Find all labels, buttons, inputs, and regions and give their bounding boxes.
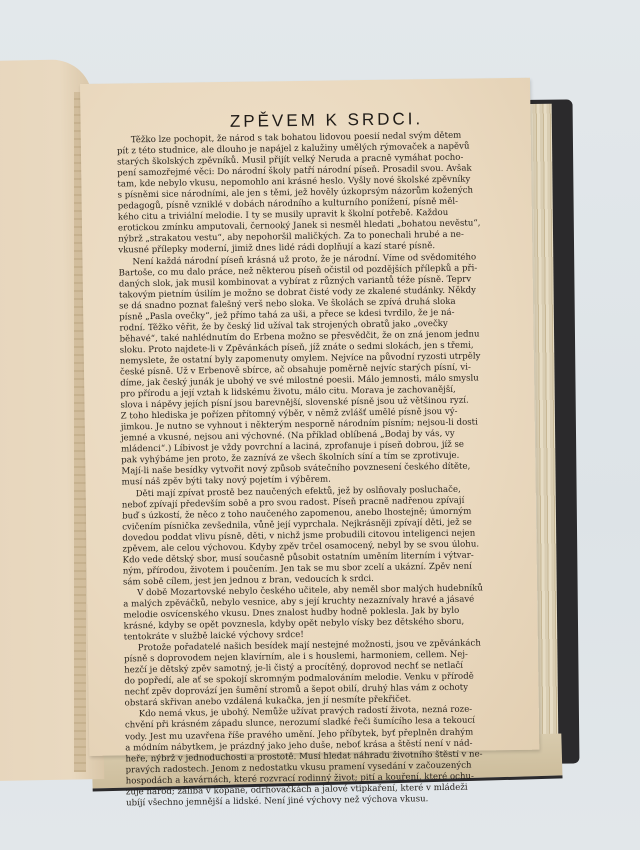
page-title: ZPĚVEM K SRDCI. xyxy=(176,108,476,132)
body-text: Těžko lze pochopit, že národ s tak bohat… xyxy=(117,130,526,809)
paragraph: Není každá národní píseň krásná už proto… xyxy=(118,251,521,489)
paragraph: Kdo nemá vkus, je ubohý. Nemůže užívat p… xyxy=(125,704,526,809)
paragraph: Protože pořadatelé našich besídek mají n… xyxy=(124,638,525,710)
right-page: ZPĚVEM K SRDCI. Těžko lze pochopit, že n… xyxy=(80,78,539,756)
paragraph: V době Mozartovské nebylo českého učitel… xyxy=(123,583,524,644)
paragraph: Děti mají zpívat prostě bez naučených ef… xyxy=(122,483,523,588)
paragraph: Těžko lze pochopit, že národ s tak bohat… xyxy=(117,130,519,257)
